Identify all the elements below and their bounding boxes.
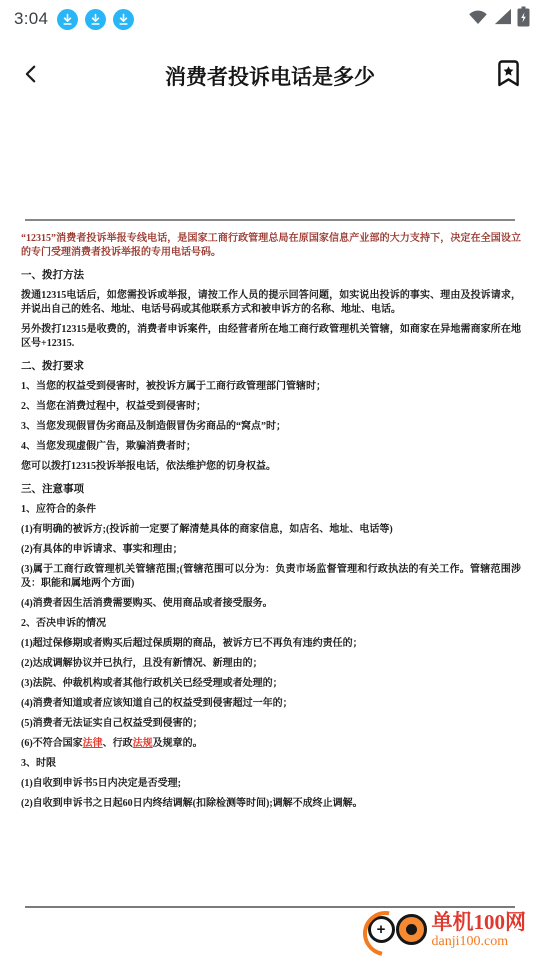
article-paragraph: 另外拨打12315是收费的，消费者申诉案件，由经营者所在地工商行政管理机关管辖，… bbox=[21, 323, 521, 351]
article-paragraph: (6)不符合国家法律、行政法规及规章的。 bbox=[21, 737, 521, 751]
article-paragraph: (2)自收到申诉书之日起60日内终结调解(扣除检测等时间);调解不成终止调解。 bbox=[21, 797, 521, 811]
back-chevron-icon bbox=[20, 63, 42, 90]
danji100-logo-icon: + bbox=[366, 909, 428, 951]
bookmark-button[interactable] bbox=[492, 60, 524, 92]
article-paragraph: (1)自收到申诉书5日内决定是否受理; bbox=[21, 777, 521, 791]
paragraph-text: 、行政 bbox=[103, 738, 133, 749]
page-title: 消费者投诉电话是多少 bbox=[165, 61, 375, 91]
article-body: “12315”消费者投诉举报专线电话，是国家工商行政管理总局在原国家信息产业部的… bbox=[21, 226, 521, 817]
bookmark-star-icon bbox=[495, 59, 522, 93]
article-paragraph: (2)达成调解协议并已执行，且没有新情况、新理由的； bbox=[21, 657, 521, 671]
site-watermark: + 单机100网 danji100.com bbox=[366, 906, 527, 954]
content-top-divider bbox=[25, 219, 515, 221]
download-done-icon bbox=[57, 9, 78, 30]
article-paragraph: 拨通12315电话后，如您需投诉或举报，请按工作人员的提示回答问题，如实说出投诉… bbox=[21, 289, 521, 317]
clock-time: 3:04 bbox=[14, 9, 48, 29]
paragraph-text: (6)不符合国家 bbox=[21, 738, 83, 749]
watermark-site-name: 单机100网 bbox=[432, 912, 527, 933]
legal-term-link[interactable]: 法律 bbox=[83, 738, 103, 749]
article-paragraph: 3、时限 bbox=[21, 757, 521, 771]
download-done-icon bbox=[85, 9, 106, 30]
back-button[interactable] bbox=[16, 61, 46, 91]
article-paragraph: 您可以拨打12315投诉举报电话，依法维护您的切身权益。 bbox=[21, 460, 521, 474]
wifi-icon bbox=[468, 8, 488, 30]
article-paragraph: 3、当您发现假冒伪劣商品及制造假冒伪劣商品的“窝点”时； bbox=[21, 420, 521, 434]
article-heading: 二、拨打要求 bbox=[21, 360, 521, 374]
article-paragraph: 2、当您在消费过程中，权益受到侵害时； bbox=[21, 400, 521, 414]
article-paragraph: (5)消费者无法证实自己权益受到侵害的； bbox=[21, 717, 521, 731]
article-heading: 三、注意事项 bbox=[21, 483, 521, 497]
article-paragraph: 1、应符合的条件 bbox=[21, 503, 521, 517]
paragraph-text: 及规章的。 bbox=[153, 738, 203, 749]
article-paragraph: (1)超过保修期或者购买后超过保质期的商品，被诉方已不再负有违约责任的； bbox=[21, 637, 521, 651]
download-done-icon bbox=[113, 9, 134, 30]
article-paragraph: (1)有明确的被诉方;(投诉前一定要了解清楚具体的商家信息，如店名、地址、电话等… bbox=[21, 523, 521, 537]
article-paragraph: (2)有具体的申诉请求、事实和理由； bbox=[21, 543, 521, 557]
article-paragraph: (4)消费者因生活消费需要购买、使用商品或者接受服务。 bbox=[21, 597, 521, 611]
article-paragraph: “12315”消费者投诉举报专线电话，是国家工商行政管理总局在原国家信息产业部的… bbox=[21, 232, 521, 260]
watermark-site-domain: danji100.com bbox=[432, 935, 527, 949]
cellular-signal-icon bbox=[493, 8, 512, 30]
article-paragraph: (3)法院、仲裁机构或者其他行政机关已经受理或者处理的； bbox=[21, 677, 521, 691]
article-paragraph: 4、当您发现虚假广告，欺骗消费者时； bbox=[21, 440, 521, 454]
article-paragraph: 1、当您的权益受到侵害时，被投诉方属于工商行政管理部门管辖时； bbox=[21, 380, 521, 394]
legal-term-link[interactable]: 法规 bbox=[133, 738, 153, 749]
header-bar: 消费者投诉电话是多少 bbox=[0, 50, 540, 102]
article-paragraph: 2、否决申诉的情况 bbox=[21, 617, 521, 631]
article-paragraph: (3)属于工商行政管理机关管辖范围;(管辖范围可以分为：负责市场监督管理和行政执… bbox=[21, 563, 521, 591]
article-heading: 一、拨打方法 bbox=[21, 269, 521, 283]
status-bar: 3:04 bbox=[0, 0, 540, 34]
download-notifications bbox=[57, 9, 134, 30]
article-paragraph: (4)消费者知道或者应该知道自己的权益受到侵害超过一年的； bbox=[21, 697, 521, 711]
battery-charging-icon bbox=[517, 6, 530, 32]
